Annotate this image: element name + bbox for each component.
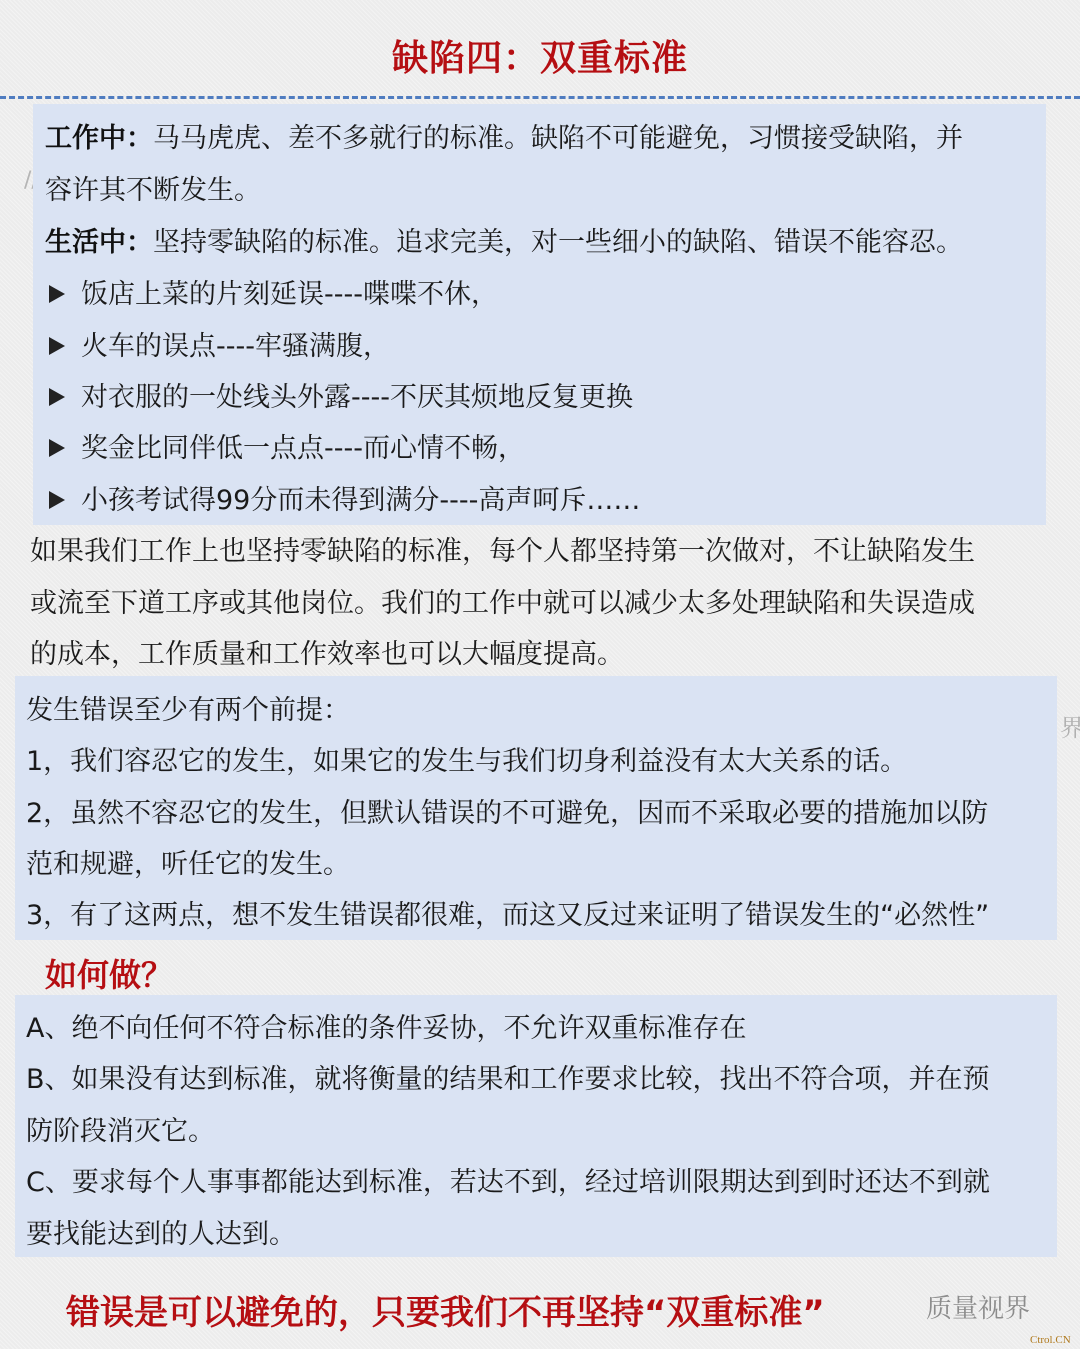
- arrow-bullet-icon: [49, 491, 65, 509]
- life-label: 生活中：: [45, 227, 153, 258]
- premise-line: 1，我们容忍它的发生，如果它的发生与我们切身利益没有太大关系的话。: [26, 745, 907, 779]
- list-item: 对衣服的一处线头外露----不厌其烦地反复更换: [49, 381, 633, 415]
- premise-line: 3，有了这两点，想不发生错误都很难，而这又反过来证明了错误发生的“必然性”: [26, 899, 989, 933]
- work-label: 工作中：: [45, 123, 153, 154]
- list-item: 火车的误点----牢骚满腹，: [49, 330, 390, 364]
- arrow-bullet-icon: [49, 285, 65, 303]
- action-line: B、如果没有达到标准，就将衡量的结果和工作要求比较，找出不符合项，并在预: [26, 1063, 990, 1097]
- arrow-bullet-icon: [49, 388, 65, 406]
- action-line: 要找能达到的人达到。: [26, 1218, 296, 1252]
- life-standard-line: 生活中：坚持零缺陷的标准。追求完美，对一些细小的缺陷、错误不能容忍。: [45, 226, 963, 260]
- arrow-bullet-icon: [49, 439, 65, 457]
- work-text: 马马虎虎、差不多就行的标准。缺陷不可能避免，习惯接受缺陷，并: [153, 123, 963, 154]
- how-to-heading: 如何做？: [45, 950, 173, 996]
- list-item: 饭店上菜的片刻延误----喋喋不休，: [49, 278, 498, 312]
- premise-line: 范和规避，听任它的发生。: [26, 848, 350, 882]
- dashed-divider: [0, 96, 1080, 99]
- action-line: C、要求每个人事事都能达到标准，若达不到，经过培训限期达到到时还达不到就: [26, 1166, 990, 1200]
- conclusion-text: 错误是可以避免的，只要我们不再坚持“双重标准”: [66, 1285, 825, 1334]
- paragraph-line: 如果我们工作上也坚持零缺陷的标准，每个人都坚持第一次做对，不让缺陷发生: [30, 535, 975, 569]
- arrow-bullet-icon: [49, 337, 65, 355]
- paragraph-line: 或流至下道工序或其他岗位。我们的工作中就可以减少太多处理缺陷和失误造成: [30, 587, 975, 621]
- work-standard-line: 工作中：马马虎虎、差不多就行的标准。缺陷不可能避免，习惯接受缺陷，并: [45, 122, 963, 156]
- paragraph-line: 的成本，工作质量和工作效率也可以大幅度提高。: [30, 638, 624, 672]
- watermark-edge: 界: [1060, 708, 1080, 743]
- action-line: A、绝不向任何不符合标准的条件妥协，不允许双重标准存在: [26, 1012, 746, 1046]
- list-item: 小孩考试得99分而未得到满分----高声呵斥……: [49, 484, 640, 518]
- page-title: 缺陷四：双重标准: [0, 30, 1080, 81]
- list-item: 奖金比同伴低一点点----而心情不畅，: [49, 432, 525, 466]
- work-text-cont: 容许其不断发生。: [45, 174, 261, 208]
- action-line: 防阶段消灭它。: [26, 1115, 215, 1149]
- life-text: 坚持零缺陷的标准。追求完美，对一些细小的缺陷、错误不能容忍。: [153, 227, 963, 258]
- premise-line: 2，虽然不容忍它的发生，但默认错误的不可避免，因而不采取必要的措施加以防: [26, 797, 988, 831]
- watermark-brand: 质量视界: [926, 1288, 1030, 1325]
- watermark-ctrl: Ctrol.CN: [1030, 1334, 1071, 1346]
- premises-intro: 发生错误至少有两个前提：: [26, 694, 350, 728]
